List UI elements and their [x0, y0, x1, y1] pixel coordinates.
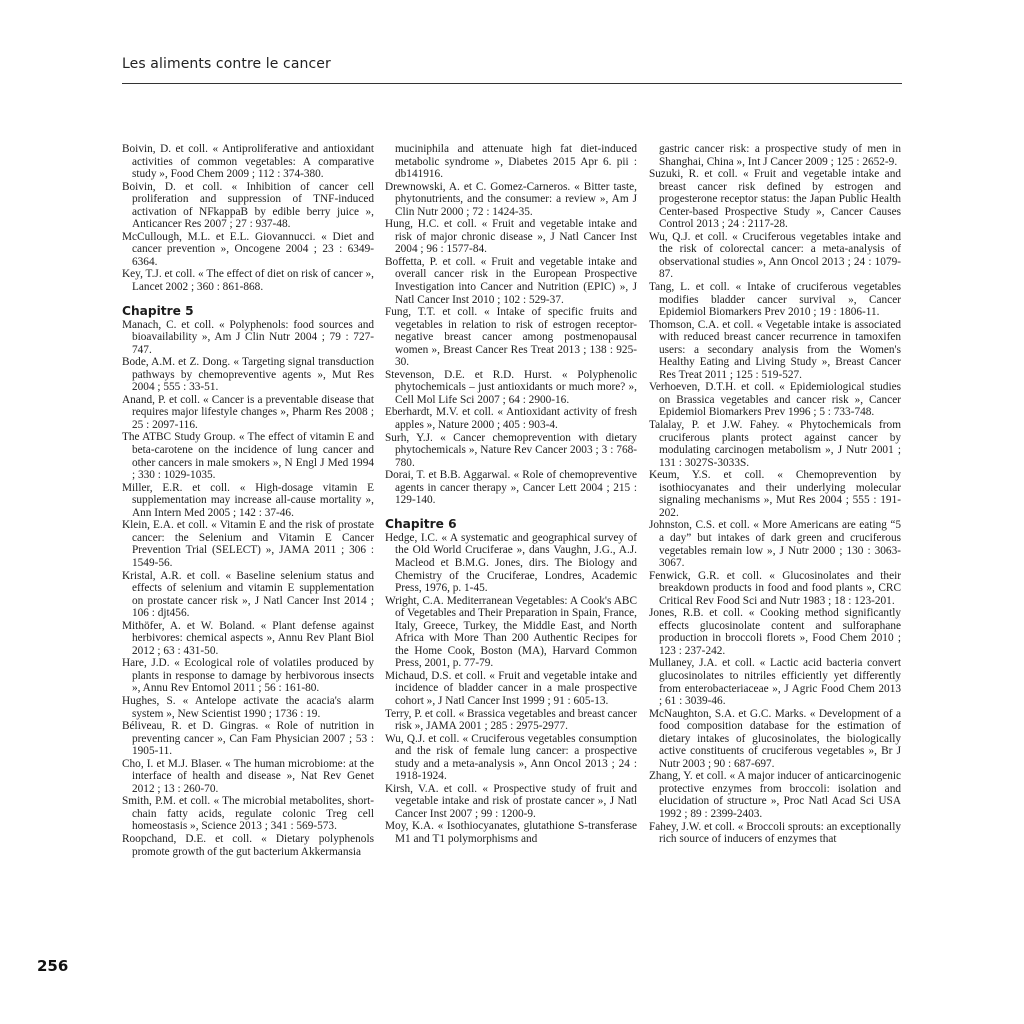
reference-entry: Fahey, J.W. et coll. « Broccoli sprouts:…: [649, 821, 901, 846]
reference-entry: Stevenson, D.E. et R.D. Hurst. « Polyphe…: [385, 369, 637, 407]
reference-entry: Thomson, C.A. et coll. « Vegetable intak…: [649, 319, 901, 382]
reference-entry: Michaud, D.S. et coll. « Fruit and veget…: [385, 670, 637, 708]
chapter-heading: Chapitre 5: [122, 304, 374, 318]
chapter-heading: Chapitre 6: [385, 517, 637, 531]
reference-entry: Bode, A.M. et Z. Dong. « Targeting signa…: [122, 356, 374, 394]
references-column-2: muciniphila and attenuate high fat diet-…: [385, 143, 637, 846]
reference-entry: Wu, Q.J. et coll. « Cruciferous vegetabl…: [385, 733, 637, 783]
page-number: 256: [37, 957, 68, 975]
reference-entry: Boffetta, P. et coll. « Fruit and vegeta…: [385, 256, 637, 306]
reference-entry: Miller, E.R. et coll. « High-dosage vita…: [122, 482, 374, 520]
reference-entry: Anand, P. et coll. « Cancer is a prevent…: [122, 394, 374, 432]
reference-entry: Hedge, I.C. « A systematic and geographi…: [385, 532, 637, 595]
reference-entry: McNaughton, S.A. et G.C. Marks. « Develo…: [649, 708, 901, 771]
reference-entry: Keum, Y.S. et coll. « Chemoprevention by…: [649, 469, 901, 519]
running-head-title: Les aliments contre le cancer: [122, 56, 331, 72]
reference-entry: Dorai, T. et B.B. Aggarwal. « Role of ch…: [385, 469, 637, 507]
header-rule: [122, 83, 902, 84]
reference-entry: The ATBC Study Group. « The effect of vi…: [122, 431, 374, 481]
reference-entry: Hung, H.C. et coll. « Fruit and vegetabl…: [385, 218, 637, 256]
reference-entry: Hughes, S. « Antelope activate the acaci…: [122, 695, 374, 720]
references-column-1: Boivin, D. et coll. « Antiproliferative …: [122, 143, 374, 858]
reference-entry: Fenwick, G.R. et coll. « Glucosinolates …: [649, 570, 901, 608]
reference-entry: Wright, C.A. Mediterranean Vegetables: A…: [385, 595, 637, 670]
reference-entry: Kirsh, V.A. et coll. « Prospective study…: [385, 783, 637, 821]
reference-entry: Jones, R.B. et coll. « Cooking method si…: [649, 607, 901, 657]
reference-entry: Johnston, C.S. et coll. « More Americans…: [649, 519, 901, 569]
reference-entry: Kristal, A.R. et coll. « Baseline seleni…: [122, 570, 374, 620]
reference-entry: Hare, J.D. « Ecological role of volatile…: [122, 657, 374, 695]
reference-entry: Eberhardt, M.V. et coll. « Antioxidant a…: [385, 406, 637, 431]
reference-entry: Suzuki, R. et coll. « Fruit and vegetabl…: [649, 168, 901, 231]
reference-entry: Klein, E.A. et coll. « Vitamin E and the…: [122, 519, 374, 569]
reference-entry: Cho, I. et M.J. Blaser. « The human micr…: [122, 758, 374, 796]
reference-entry: Wu, Q.J. et coll. « Cruciferous vegetabl…: [649, 231, 901, 281]
reference-entry: muciniphila and attenuate high fat diet-…: [385, 143, 637, 181]
reference-entry: Drewnowski, A. et C. Gomez-Carneros. « B…: [385, 181, 637, 219]
reference-entry: Terry, P. et coll. « Brassica vegetables…: [385, 708, 637, 733]
reference-entry: Boivin, D. et coll. « Antiproliferative …: [122, 143, 374, 181]
reference-entry: Verhoeven, D.T.H. et coll. « Epidemiolog…: [649, 381, 901, 419]
reference-entry: Talalay, P. et J.W. Fahey. « Phytochemic…: [649, 419, 901, 469]
reference-entry: Mullaney, J.A. et coll. « Lactic acid ba…: [649, 657, 901, 707]
reference-entry: McCullough, M.L. et E.L. Giovannucci. « …: [122, 231, 374, 269]
reference-entry: Zhang, Y. et coll. « A major inducer of …: [649, 770, 901, 820]
reference-entry: gastric cancer risk: a prospective study…: [649, 143, 901, 168]
reference-entry: Boivin, D. et coll. « Inhibition of canc…: [122, 181, 374, 231]
reference-entry: Smith, P.M. et coll. « The microbial met…: [122, 795, 374, 833]
reference-entry: Surh, Y.J. « Cancer chemoprevention with…: [385, 432, 637, 470]
reference-entry: Mithöfer, A. et W. Boland. « Plant defen…: [122, 620, 374, 658]
reference-entry: Roopchand, D.E. et coll. « Dietary polyp…: [122, 833, 374, 858]
reference-entry: Moy, K.A. « Isothiocyanates, glutathione…: [385, 820, 637, 845]
references-column-3: gastric cancer risk: a prospective study…: [649, 143, 901, 846]
reference-entry: Tang, L. et coll. « Intake of cruciferou…: [649, 281, 901, 319]
reference-entry: Fung, T.T. et coll. « Intake of specific…: [385, 306, 637, 369]
reference-entry: Manach, C. et coll. « Polyphenols: food …: [122, 319, 374, 357]
reference-entry: Béliveau, R. et D. Gingras. « Role of nu…: [122, 720, 374, 758]
reference-entry: Key, T.J. et coll. « The effect of diet …: [122, 268, 374, 293]
